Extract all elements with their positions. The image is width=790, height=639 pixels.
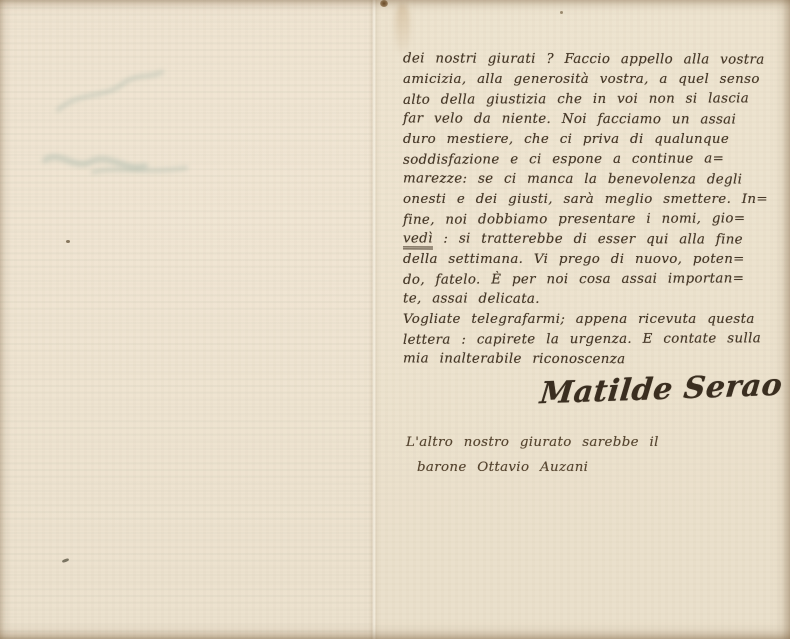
letter-line: mia inalterabile riconoscenza xyxy=(403,349,785,370)
letter-line-underlined: vedì : si tratterebbe di esser qui alla … xyxy=(403,229,785,250)
postscript: L'altro nostro giurato sarebbe il barone… xyxy=(406,430,659,480)
paper-speck xyxy=(560,11,563,14)
fold-crease xyxy=(368,0,379,639)
letter-line: do, fatelo. È per noi cosa assai importa… xyxy=(403,269,785,291)
letter-line: far velo da niente. Noi facciamo un assa… xyxy=(403,109,785,130)
paper-speck xyxy=(62,558,70,563)
letter-line: onesti e dei giusti, sarà meglio smetter… xyxy=(403,190,785,210)
letter-line: della settimana. Vi prego di nuovo, pote… xyxy=(403,250,785,270)
postscript-line: L'altro nostro giurato sarebbe il xyxy=(406,430,659,455)
letter-line: amicizia, alla generosità vostra, a quel… xyxy=(403,70,785,90)
letter-line-rest: : si tratterebbe di esser qui alla fine xyxy=(433,231,743,247)
letter-line: alto della giustizia che in voi non si l… xyxy=(403,89,785,111)
paper-speck xyxy=(66,240,70,243)
letter-body: dei nostri giurati ? Faccio appello alla… xyxy=(403,50,785,370)
letter-line: marezze: se ci manca la benevolenza degl… xyxy=(403,169,785,190)
bleedthrough-mark xyxy=(90,160,190,180)
underlined-word: vedì xyxy=(403,231,433,249)
ink-stain xyxy=(380,0,388,7)
letter-line: duro mestiere, che ci priva di qualunque xyxy=(403,130,785,150)
letter-line: lettera : capirete la urgenza. E contate… xyxy=(403,329,785,351)
letter-line: te, assai delicata. xyxy=(403,289,785,310)
letter-line: soddisfazione e ci espone a continue a= xyxy=(403,149,785,171)
letter-line: Vogliate telegrafarmi; appena ricevuta q… xyxy=(403,310,785,330)
postscript-line: barone Ottavio Auzani xyxy=(406,455,659,480)
letter-page-left xyxy=(0,0,373,639)
handwritten-letter-scan: dei nostri giurati ? Faccio appello alla… xyxy=(0,0,790,639)
paper-stain xyxy=(395,3,410,53)
bleedthrough-mark xyxy=(50,70,170,120)
letter-line: fine, noi dobbiamo presentare i nomi, gi… xyxy=(403,209,785,231)
letter-line: dei nostri giurati ? Faccio appello alla… xyxy=(403,49,785,70)
